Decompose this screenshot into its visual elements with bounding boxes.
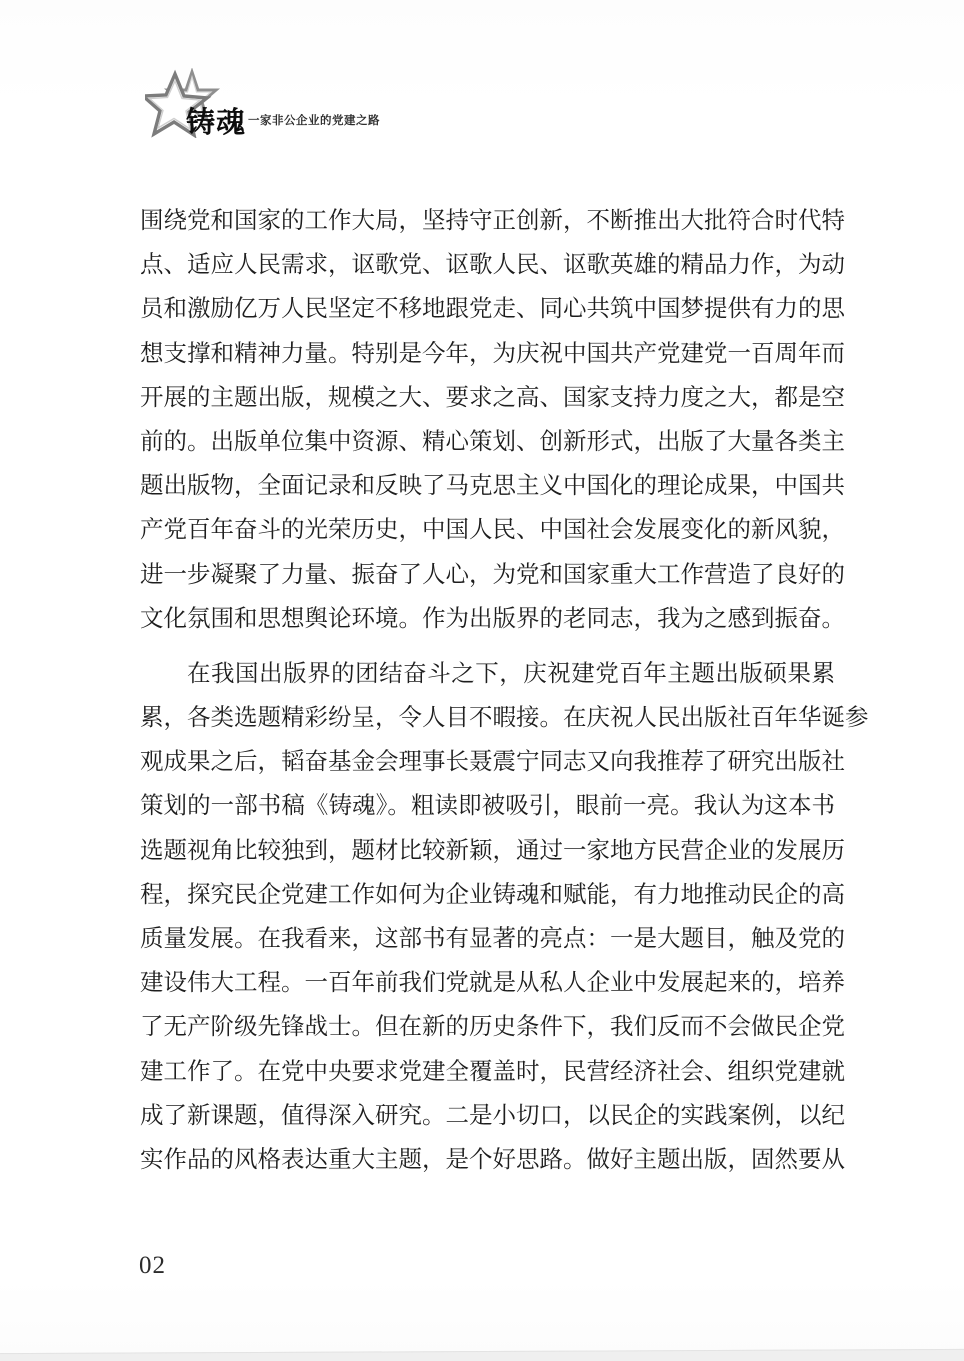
text-line: 围绕党和国家的工作大局，坚持守正创新，不断推出大批符合时代特 <box>140 199 835 243</box>
scan-bottom-edge <box>0 1349 964 1361</box>
text-line: 观成果之后，韬奋基金会理事长聂震宁同志又向我推荐了研究出版社 <box>140 740 835 784</box>
text-line: 产党百年奋斗的光荣历史，中国人民、中国社会发展变化的新风貌， <box>140 508 835 552</box>
text-line: 在我国出版界的团结奋斗之下，庆祝建党百年主题出版硕果累 <box>140 652 835 696</box>
text-line: 员和激励亿万人民坚定不移地跟党走、同心共筑中国梦提供有力的思 <box>140 287 835 331</box>
text-line: 了无产阶级先锋战士。但在新的历史条件下，我们反而不会做民企党 <box>140 1005 835 1049</box>
text-line: 累，各类选题精彩纷呈，令人目不暇接。在庆祝人民出版社百年华诞参 <box>140 696 835 740</box>
text-line: 程，探究民企党建工作如何为企业铸魂和赋能，有力地推动民企的高 <box>140 873 835 917</box>
text-line: 题出版物，全面记录和反映了马克思主义中国化的理论成果，中国共 <box>140 464 835 508</box>
logo-subtitle: 一家非公企业的党建之路 <box>248 112 380 128</box>
book-page: 铸魂 一家非公企业的党建之路 围绕党和国家的工作大局，坚持守正创新，不断推出大批… <box>0 0 964 1361</box>
text-line: 成了新课题，值得深入研究。二是小切口，以民企的实践案例，以纪 <box>140 1094 835 1138</box>
text-line: 文化氛围和思想舆论环境。作为出版界的老同志，我为之感到振奋。 <box>140 597 835 641</box>
text-line: 进一步凝聚了力量、振奋了人心，为党和国家重大工作营造了良好的 <box>140 553 835 597</box>
text-line: 建工作了。在党中央要求党建全覆盖时，民营经济社会、组织党建就 <box>140 1050 835 1094</box>
page-body-text: 围绕党和国家的工作大局，坚持守正创新，不断推出大批符合时代特 点、适应人民需求，… <box>140 199 835 1182</box>
text-line: 想支撑和精神力量。特别是今年，为庆祝中国共产党建党一百周年而 <box>140 332 835 376</box>
text-line: 选题视角比较独到，题材比较新颖，通过一家地方民营企业的发展历 <box>140 829 835 873</box>
paragraph-2: 在我国出版界的团结奋斗之下，庆祝建党百年主题出版硕果累 累，各类选题精彩纷呈，令… <box>140 652 835 1182</box>
paragraph-1: 围绕党和国家的工作大局，坚持守正创新，不断推出大批符合时代特 点、适应人民需求，… <box>140 199 835 641</box>
text-line: 前的。出版单位集中资源、精心策划、创新形式，出版了大量各类主 <box>140 420 835 464</box>
text-line: 质量发展。在我看来，这部书有显著的亮点：一是大题目，触及党的 <box>140 917 835 961</box>
logo-title: 铸魂 <box>186 100 246 141</box>
book-header-logo: 铸魂 一家非公企业的党建之路 <box>145 66 625 146</box>
text-line: 建设伟大工程。一百年前我们党就是从私人企业中发展起来的，培养 <box>140 961 835 1005</box>
text-line: 策划的一部书稿《铸魂》。粗读即被吸引，眼前一亮。我认为这本书 <box>140 784 835 828</box>
text-line: 实作品的风格表达重大主题，是个好思路。做好主题出版，固然要从 <box>140 1138 835 1182</box>
page-number: 02 <box>139 1252 166 1280</box>
text-line: 开展的主题出版，规模之大、要求之高、国家支持力度之大，都是空 <box>140 376 835 420</box>
text-line: 点、适应人民需求，讴歌党、讴歌人民、讴歌英雄的精品力作，为动 <box>140 243 835 287</box>
